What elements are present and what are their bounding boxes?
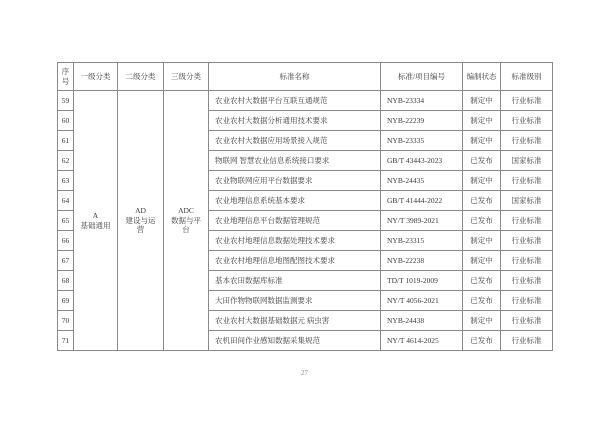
standard-grade-cell: 行业标准 [501, 111, 553, 131]
status-cell: 已发布 [463, 191, 501, 211]
level3-category-cell: ADC 数据与平台 [164, 91, 209, 351]
row-number: 61 [58, 131, 74, 151]
status-cell: 制定中 [463, 311, 501, 331]
standard-grade-cell: 行业标准 [501, 291, 553, 311]
status-cell: 制定中 [463, 91, 501, 111]
status-cell: 制定中 [463, 231, 501, 251]
row-number: 66 [58, 231, 74, 251]
standard-grade-cell: 行业标准 [501, 91, 553, 111]
standard-code-cell: NY/T 3989-2021 [381, 211, 463, 231]
status-cell: 已发布 [463, 271, 501, 291]
status-cell: 已发布 [463, 331, 501, 351]
level1-category-cell: A 基础通用 [74, 91, 118, 351]
standard-code-cell: NYB-23335 [381, 131, 463, 151]
status-cell: 已发布 [463, 211, 501, 231]
standard-code-cell: GB/T 43443-2023 [381, 151, 463, 171]
table-body: 59A 基础通用AD 建设与运营ADC 数据与平台农业农村大数据平台互联互通规范… [58, 91, 553, 351]
row-number: 63 [58, 171, 74, 191]
table-row: 59A 基础通用AD 建设与运营ADC 数据与平台农业农村大数据平台互联互通规范… [58, 91, 553, 111]
standard-grade-cell: 国家标准 [501, 191, 553, 211]
row-number: 67 [58, 251, 74, 271]
standard-name-cell: 农业地理信息平台数据管理规范 [209, 211, 381, 231]
row-number: 65 [58, 211, 74, 231]
standard-grade-cell: 行业标准 [501, 251, 553, 271]
standard-code-cell: NYB-24435 [381, 171, 463, 191]
standard-name-cell: 农业农村大数据平台互联互通规范 [209, 91, 381, 111]
standards-table: 序 号 一级分类 二级分类 三级分类 标准名称 标准/项目编号 编制状态 标准级… [57, 62, 553, 351]
page-number: 27 [57, 369, 552, 377]
standard-code-cell: NYB-23334 [381, 91, 463, 111]
status-cell: 已发布 [463, 151, 501, 171]
header-level3-category: 三级分类 [164, 63, 209, 91]
standard-grade-cell: 行业标准 [501, 231, 553, 251]
standard-grade-cell: 行业标准 [501, 171, 553, 191]
standard-code-cell: NYB-23315 [381, 231, 463, 251]
row-number: 60 [58, 111, 74, 131]
row-number: 68 [58, 271, 74, 291]
status-cell: 制定中 [463, 131, 501, 151]
header-standard-name: 标准名称 [209, 63, 381, 91]
header-standard-code: 标准/项目编号 [381, 63, 463, 91]
header-level1-category: 一级分类 [74, 63, 118, 91]
header-level2-category: 二级分类 [118, 63, 164, 91]
standard-code-cell: NYB-22239 [381, 111, 463, 131]
standard-code-cell: TD/T 1019-2009 [381, 271, 463, 291]
standard-grade-cell: 行业标准 [501, 311, 553, 331]
standard-code-cell: GB/T 41444-2022 [381, 191, 463, 211]
standard-grade-cell: 行业标准 [501, 271, 553, 291]
document-page: 序 号 一级分类 二级分类 三级分类 标准名称 标准/项目编号 编制状态 标准级… [0, 0, 600, 424]
standard-name-cell: 农业物联网应用平台数据要求 [209, 171, 381, 191]
row-number: 64 [58, 191, 74, 211]
standard-name-cell: 农业农村地理信息地图配图技术要求 [209, 251, 381, 271]
standard-code-cell: NYB-24438 [381, 311, 463, 331]
row-number: 62 [58, 151, 74, 171]
standard-name-cell: 农业农村大数据分析通用技术要求 [209, 111, 381, 131]
standard-name-cell: 农业农村地理信息数据处理技术要求 [209, 231, 381, 251]
row-number: 71 [58, 331, 74, 351]
header-seq: 序 号 [58, 63, 74, 91]
header-row: 序 号 一级分类 二级分类 三级分类 标准名称 标准/项目编号 编制状态 标准级… [58, 63, 553, 91]
standard-grade-cell: 行业标准 [501, 331, 553, 351]
table-header: 序 号 一级分类 二级分类 三级分类 标准名称 标准/项目编号 编制状态 标准级… [58, 63, 553, 91]
header-standard-grade: 标准级别 [501, 63, 553, 91]
standard-name-cell: 农业农村大数据基础数据元 病虫害 [209, 311, 381, 331]
standard-grade-cell: 行业标准 [501, 131, 553, 151]
standard-name-cell: 农机田间作业感知数据采集规范 [209, 331, 381, 351]
row-number: 69 [58, 291, 74, 311]
standard-name-cell: 大田作物物联网数据监测要求 [209, 291, 381, 311]
standard-name-cell: 物联网 智慧农业信息系统接口要求 [209, 151, 381, 171]
status-cell: 制定中 [463, 171, 501, 191]
level2-category-cell: AD 建设与运营 [118, 91, 164, 351]
row-number: 59 [58, 91, 74, 111]
status-cell: 制定中 [463, 111, 501, 131]
status-cell: 制定中 [463, 251, 501, 271]
standard-name-cell: 农业地理信息系统基本要求 [209, 191, 381, 211]
standard-name-cell: 基本农田数据库标准 [209, 271, 381, 291]
header-status: 编制状态 [463, 63, 501, 91]
standard-code-cell: NYB-22238 [381, 251, 463, 271]
standard-grade-cell: 国家标准 [501, 151, 553, 171]
status-cell: 已发布 [463, 291, 501, 311]
row-number: 70 [58, 311, 74, 331]
standard-grade-cell: 行业标准 [501, 211, 553, 231]
standard-code-cell: NY/T 4056-2021 [381, 291, 463, 311]
standard-code-cell: NY/T 4614-2025 [381, 331, 463, 351]
standard-name-cell: 农业农村大数据应用场景接入规范 [209, 131, 381, 151]
